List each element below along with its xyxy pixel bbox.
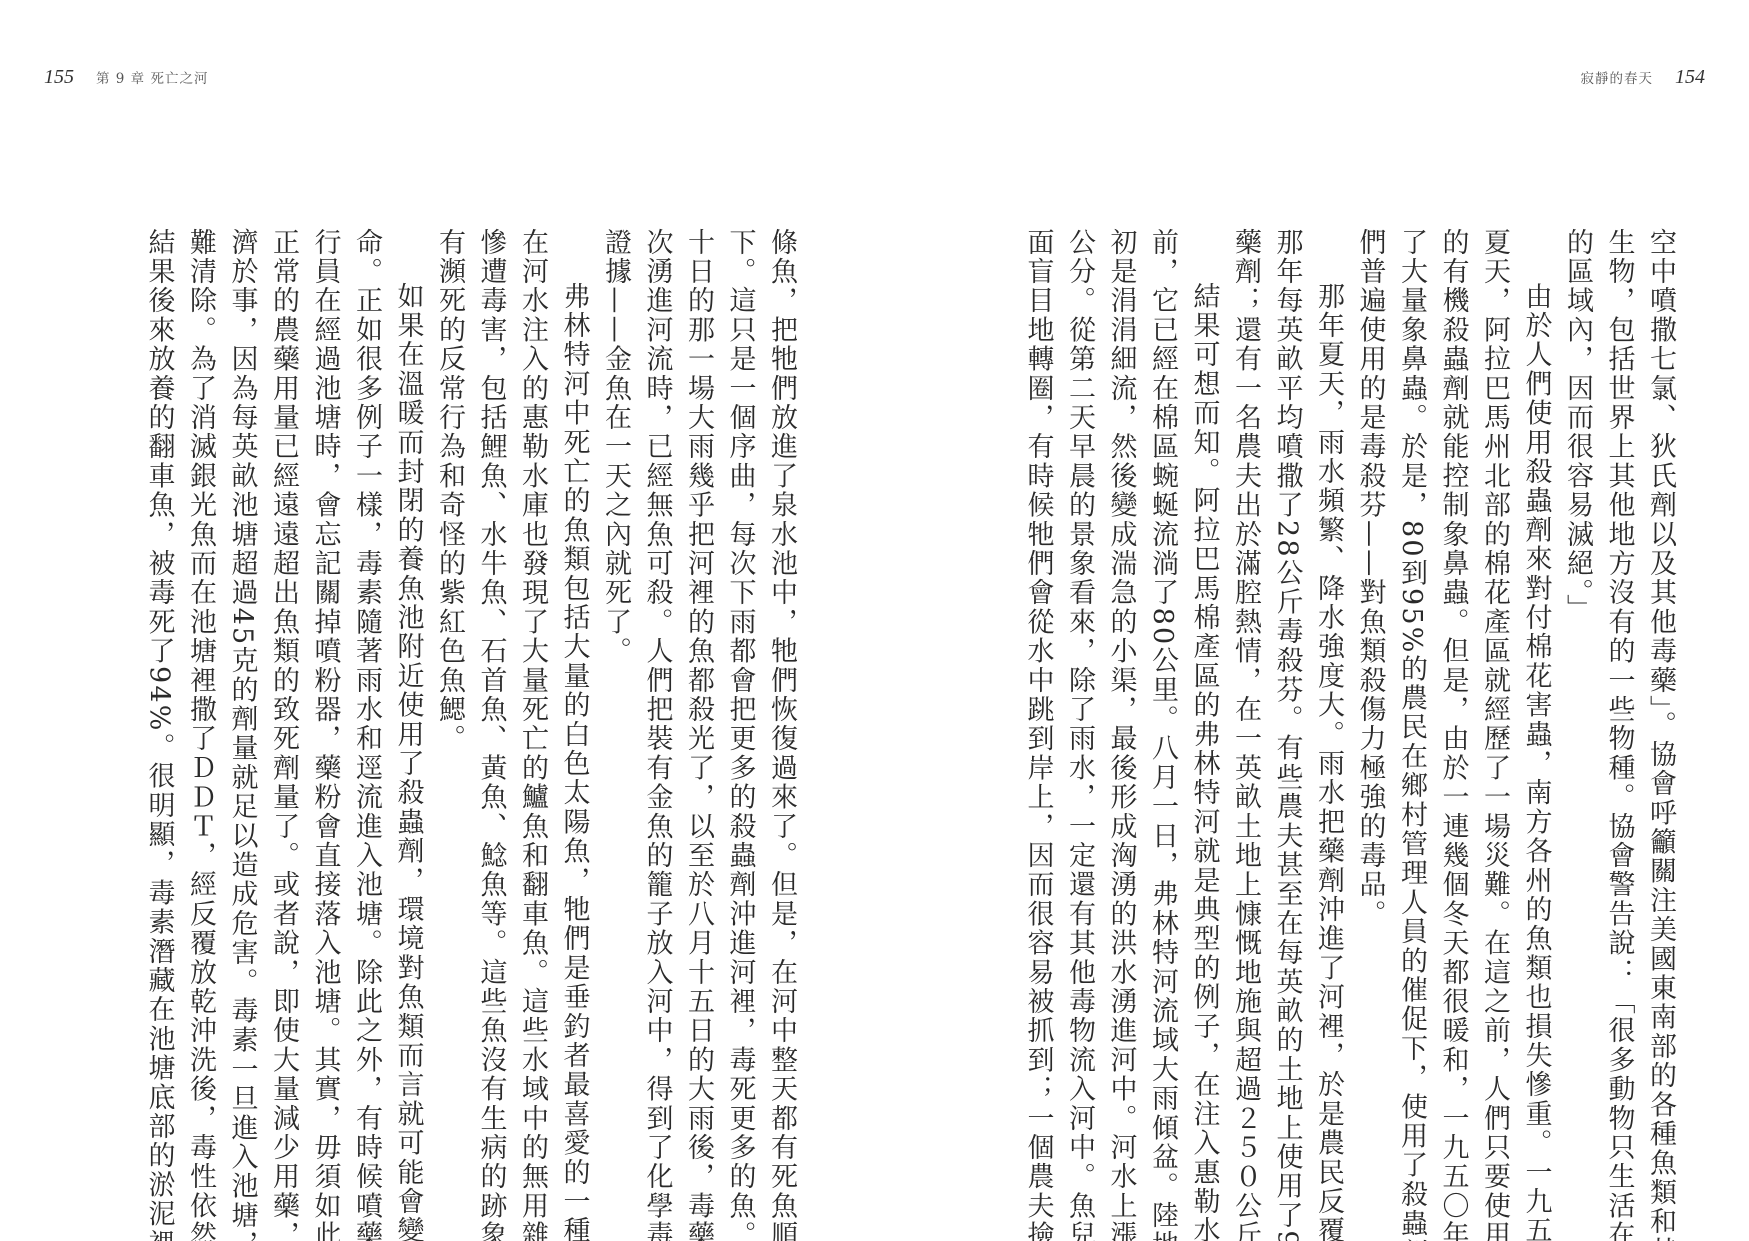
text-column: 有瀕死的反常行為和奇怪的紫紅色魚鰓。 [429, 228, 471, 1118]
page-number: 154 [1675, 66, 1705, 89]
paragraph-start-column: 弗林特河中死亡的魚類包括大量的白色太陽魚，牠們是垂釣者最喜愛的一種魚。 [553, 228, 595, 1118]
right-running-head: 寂靜的春天 154 [1581, 66, 1706, 89]
text-column: 藥劑；還有一名農夫出於滿腔熱情，在一英畝土地上慷慨地施與超過２５０公斤農藥。 [1225, 228, 1267, 1118]
left-running-head: 155 第 9 章 死亡之河 [44, 66, 208, 89]
text-column: 了大量象鼻蟲。於是，80到95%的農民在鄉村管理人員的催促下，使用了殺蟲劑。他 [1391, 228, 1433, 1118]
left-page: 155 第 9 章 死亡之河 條魚，把牠們放進了泉水池中，牠們恢復過來了。但是，… [0, 0, 874, 1241]
right-page: 寂靜的春天 154 空中噴撒七氯、狄氏劑以及其他毒藥」。協會呼籲關注美國東南部的… [875, 0, 1749, 1241]
text-column: 那年每英畝平均噴撒了28公斤毒殺芬。有些農夫甚至在每英畝的土地上使用了90公斤 [1266, 228, 1308, 1118]
book-spread: 155 第 9 章 死亡之河 條魚，把牠們放進了泉水池中，牠們恢復過來了。但是，… [0, 0, 1749, 1241]
paragraph-start-column: 如果在溫暖而封閉的養魚池附近使用了殺蟲劑，環境對魚類而言就可能會變得致 [387, 228, 429, 1118]
text-column: 證據——金魚在一天之內就死了。 [595, 228, 637, 1118]
chapter-title: 第 9 章 死亡之河 [96, 67, 208, 87]
page-number: 155 [44, 66, 74, 89]
paragraph-start-column: 那年夏天，雨水頻繁、降水強度大。雨水把藥劑沖進了河裡，於是農民反覆噴藥。 [1308, 228, 1350, 1118]
text-column: 們普遍使用的是毒殺芬——對魚類殺傷力極強的毒品。 [1349, 228, 1391, 1118]
text-column: 初是涓涓細流，然後變成湍急的小渠，最後形成洶湧的洪水湧進河中。河水上漲了15 [1100, 228, 1142, 1118]
text-column: 命。正如很多例子一樣，毒素隨著雨水和逕流進入池塘。除此之外，有時候噴藥的飛 [346, 228, 388, 1118]
text-column: 正常的農藥用量已經遠遠超出魚類的致死劑量了。或者說，即使大量減少用藥，也無 [263, 228, 305, 1118]
text-column: 的有機殺蟲劑就能控制象鼻蟲。但是，由於一連幾個冬天都很暖和，一九五〇年滋生 [1432, 228, 1474, 1118]
text-column: 在河水注入的惠勒水庫也發現了大量死亡的鱸魚和翻車魚。這些水域中的無用雜魚也 [512, 228, 554, 1118]
text-column: 十日的那一場大雨幾乎把河裡的魚都殺光了，以至於八月十五日的大雨後，毒藥再一 [678, 228, 720, 1118]
left-body-text: 條魚，把牠們放進了泉水池中，牠們恢復過來了。但是，在河中整天都有死魚順流而 下。… [138, 228, 802, 1118]
text-column: 結果後來放養的翻車魚，被毒死了94%。很明顯，毒素潛藏在池塘底部的淤泥裡。 [138, 228, 180, 1118]
text-column: 行員在經過池塘時，會忘記關掉噴粉器，藥粉會直接落入池塘。其實，毋須如此複雜， [304, 228, 346, 1118]
book-title: 寂靜的春天 [1581, 67, 1654, 87]
text-column: 生物，包括世界上其他地方沒有的一些物種。協會警告說：「很多動物只生活在很小 [1598, 228, 1640, 1118]
text-column: 條魚，把牠們放進了泉水池中，牠們恢復過來了。但是，在河中整天都有死魚順流而 [761, 228, 803, 1118]
paragraph-start-column: 由於人們使用殺蟲劑來對付棉花害蟲，南方各州的魚類也損失慘重。一九五〇年 [1515, 228, 1557, 1118]
text-column: 面盲目地轉圈，有時候牠們會從水中跳到岸上，因而很容易被抓到；一個農夫撿起幾 [1017, 228, 1059, 1118]
right-body-text: 空中噴撒七氯、狄氏劑以及其他毒藥」。協會呼籲關注美國東南部的各種魚類和其他 生物… [1017, 228, 1681, 1118]
text-column: 慘遭毒害，包括鯉魚、水牛魚、石首魚、黃魚、鯰魚等。這些魚沒有生病的跡象，只 [470, 228, 512, 1118]
text-column: 濟於事，因為每英畝池塘超過45克的劑量就足以造成危害。毒素一旦進入池塘，就很 [221, 228, 263, 1118]
text-column: 空中噴撒七氯、狄氏劑以及其他毒藥」。協會呼籲關注美國東南部的各種魚類和其他 [1640, 228, 1682, 1118]
text-column: 下。這只是一個序曲，每次下雨都會把更多的殺蟲劑沖進河裡，毒死更多的魚。八月 [719, 228, 761, 1118]
paragraph-start-column: 結果可想而知。阿拉巴馬棉產區的弗林特河就是典型的例子，在注入惠勒水庫之 [1183, 228, 1225, 1118]
text-column: 公分。從第二天早晨的景象看來，除了雨水，一定還有其他毒物流入河中。魚兒在水 [1059, 228, 1101, 1118]
text-column: 的區域內，因而很容易滅絕。」 [1557, 228, 1599, 1118]
text-column: 次湧進河流時，已經無魚可殺。人們把裝有金魚的籠子放入河中，得到了化學毒藥的 [636, 228, 678, 1118]
text-column: 夏天，阿拉巴馬州北部的棉花產區就經歷了一場災難。在這之前，人們只要使用少量 [1474, 228, 1516, 1118]
text-column: 前，它已經在棉區蜿蜒流淌了80公里。八月一日，弗林特河流域大雨傾盆。陸地上起 [1142, 228, 1184, 1118]
text-column: 難清除。為了消滅銀光魚而在池塘裡撒了ＤＤＴ，經反覆放乾沖洗後，毒性依然強大， [180, 228, 222, 1118]
